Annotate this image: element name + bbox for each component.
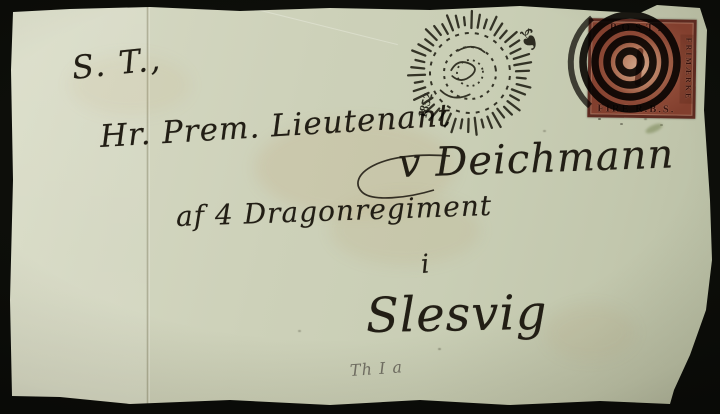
pencil-catalog-note: Th I a	[349, 359, 403, 379]
honorific-st: S. T.,	[70, 43, 163, 84]
postmark-squiggle	[458, 44, 485, 56]
address-line-destination: Slesvig	[366, 289, 548, 340]
postmark-squiggle	[450, 60, 476, 82]
envelope: S. T., Hr. Prem. Lieutenant v Deichmann …	[0, 0, 720, 414]
photo-background: S. T., Hr. Prem. Lieutenant v Deichmann …	[0, 0, 720, 414]
paper-stain	[545, 305, 635, 360]
postmark-rays	[399, 2, 542, 144]
paper-scratch	[252, 8, 398, 45]
compass-datestamp-postmark: 1852	[394, 0, 547, 149]
numeral-ring-cancel	[540, 2, 710, 132]
